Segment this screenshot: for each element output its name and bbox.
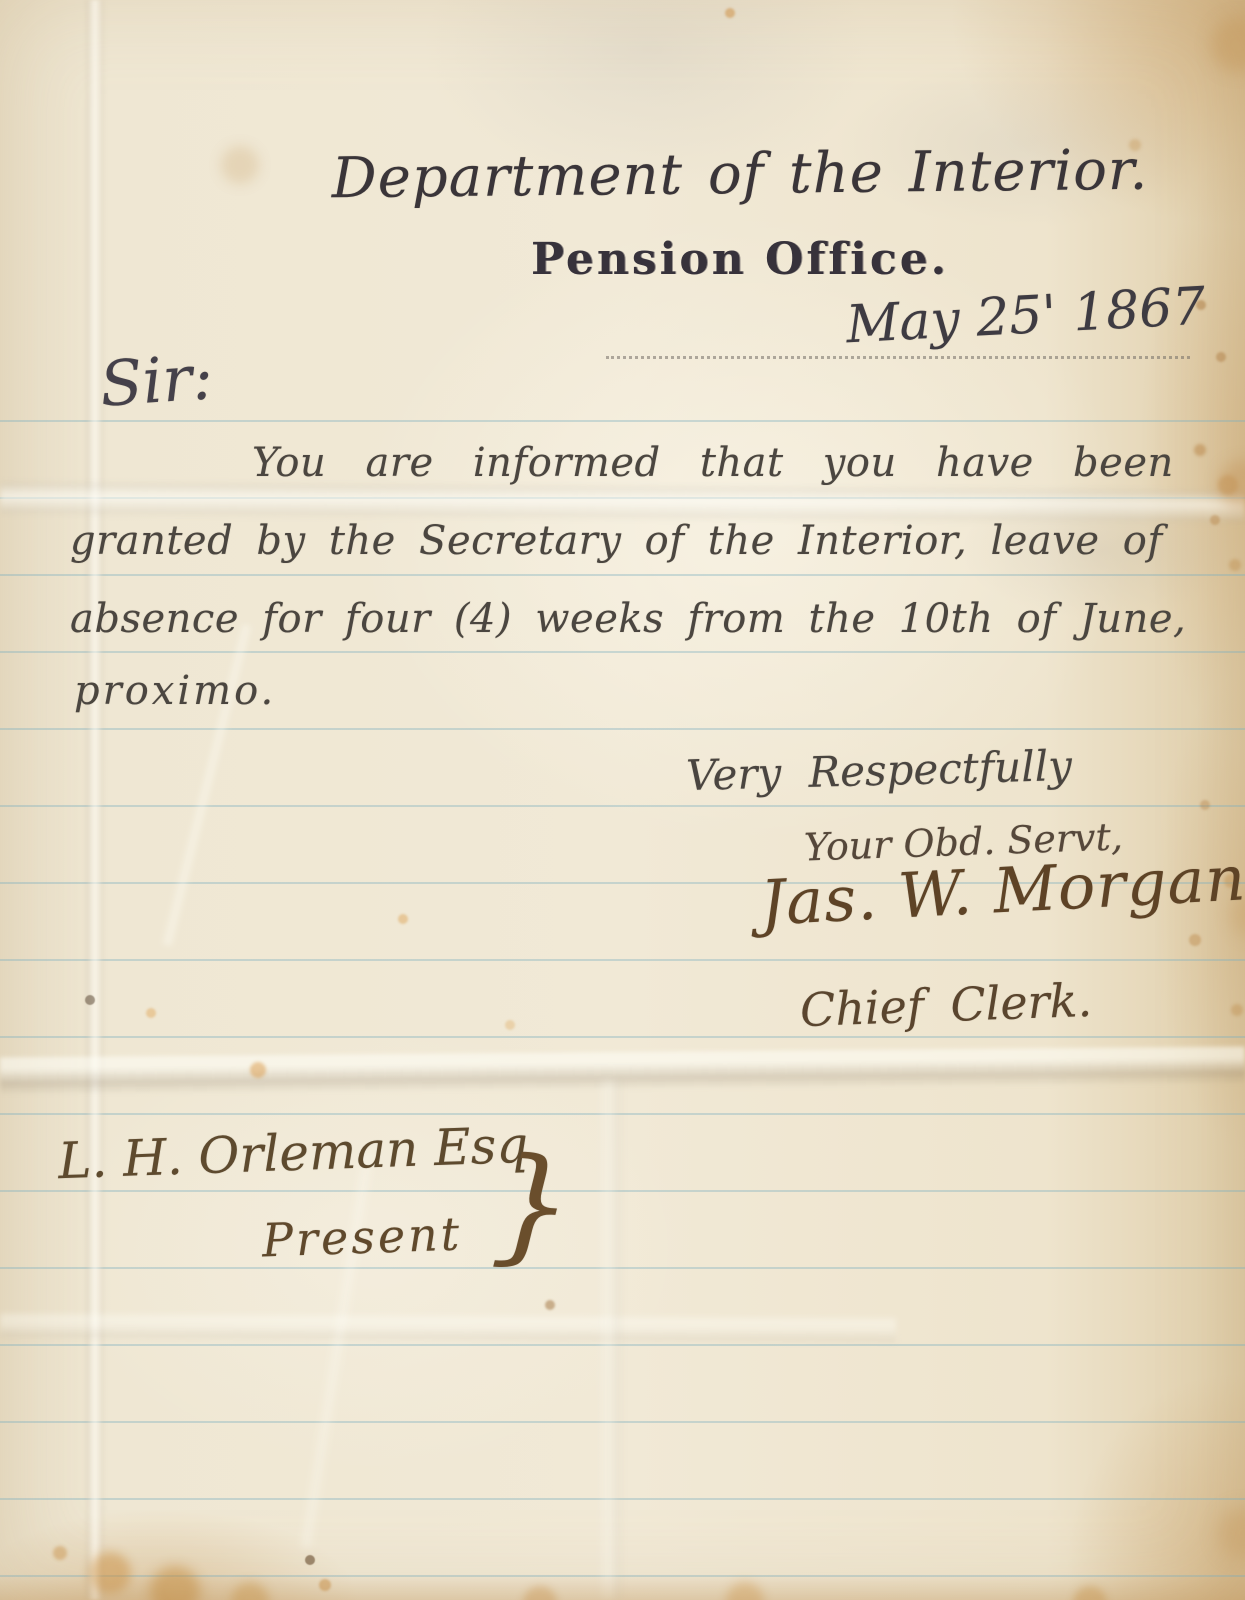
recipient-location: Present (261, 1207, 463, 1268)
body-line-3: absence for four (4) weeks from the 10th… (70, 596, 1186, 642)
salutation: Sir: (98, 340, 216, 421)
body-line-2: granted by the Secretary of the Interior… (70, 518, 1163, 564)
date-dotted-underline (606, 356, 1190, 359)
recipient-brace: } (488, 1134, 575, 1277)
body-line-1: You are informed that you have been (252, 440, 1174, 486)
letterhead-department: Department of the Interior. (320, 138, 1161, 212)
letter-page: Department of the Interior. Pension Offi… (0, 0, 1245, 1600)
letterhead-office: Pension Office. (320, 234, 1160, 285)
closing-respectfully: Very Respectfully (685, 741, 1072, 800)
signature-title: Chief Clerk. (799, 973, 1093, 1037)
bottom-edge-stain (0, 1574, 1245, 1600)
body-line-4: proximo. (74, 668, 276, 714)
letter-date: May 25' 1867 (845, 277, 1207, 356)
